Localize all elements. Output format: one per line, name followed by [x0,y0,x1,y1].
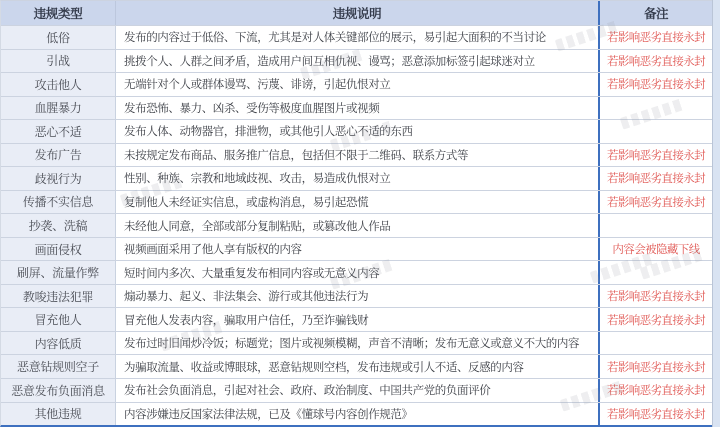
header-violation-type[interactable]: 违规类型 [1,1,116,25]
table-row: 歧视行为 性别、种族、宗教和地域歧视、攻击，易造成仇恨对立 若影响恶劣直接永封 [1,167,712,191]
violation-note-cell[interactable]: 若影响恶劣直接永封 [598,50,712,73]
violation-type-cell[interactable]: 恶意钻规则空子 [1,355,116,378]
violation-type-cell[interactable]: 传播不实信息 [1,191,116,214]
table-header-row: 违规类型 违规说明 备注 [1,1,712,26]
table-row: 冒充他人 冒充他人发表内容，骗取用户信任，乃至诈骗钱财 若影响恶劣直接永封 [1,308,712,332]
violation-desc-cell[interactable]: 发布社会负面消息，引起对社会、政府、政治制度、中国共产党的负面评价 [116,379,598,402]
violation-type-cell[interactable]: 刷屏、流量作弊 [1,261,116,284]
violation-type-cell[interactable]: 内容低质 [1,332,116,355]
violation-type-cell[interactable]: 抄袭、洗稿 [1,214,116,237]
table-row: 攻击他人 无端针对个人或群体谩骂、污蔑、诽谤，引起仇恨对立 若影响恶劣直接永封 [1,73,712,97]
adjacent-column-edge [712,0,720,427]
table-row: 低俗 发布的内容过于低俗、下流，尤其是对人体关键部位的展示，易引起大面积的不当讨… [1,26,712,50]
violation-type-cell[interactable]: 血腥暴力 [1,97,116,120]
violation-type-cell[interactable]: 低俗 [1,26,116,49]
violation-desc-cell[interactable]: 发布的内容过于低俗、下流，尤其是对人体关键部位的展示，易引起大面积的不当讨论 [116,26,598,49]
violation-note-cell[interactable]: 若影响恶劣直接永封 [598,26,712,49]
violation-desc-cell[interactable]: 无端针对个人或群体谩骂、污蔑、诽谤，引起仇恨对立 [116,73,598,96]
violation-type-cell[interactable]: 画面侵权 [1,238,116,261]
violation-note-cell[interactable]: 若影响恶劣直接永封 [598,285,712,308]
table-row: 引战 挑拨个人、人群之间矛盾，造成用户间互相仇视、谩骂；恶意添加标签引起球迷对立… [1,50,712,74]
violation-note-cell[interactable]: 若影响恶劣直接永封 [598,144,712,167]
violation-note-cell[interactable] [598,97,712,120]
violation-note-cell[interactable] [598,332,712,355]
table-row: 血腥暴力 发布恐怖、暴力、凶杀、受伤等极度血腥图片或视频 [1,97,712,121]
violation-desc-cell[interactable]: 煽动暴力、起义、非法集会、游行或其他违法行为 [116,285,598,308]
violation-desc-cell[interactable]: 性别、种族、宗教和地域歧视、攻击，易造成仇恨对立 [116,167,598,190]
table-row: 教唆违法犯罪 煽动暴力、起义、非法集会、游行或其他违法行为 若影响恶劣直接永封 [1,285,712,309]
violation-note-cell[interactable]: 若影响恶劣直接永封 [598,167,712,190]
violation-desc-cell[interactable]: 视频画面采用了他人享有版权的内容 [116,238,598,261]
violation-type-cell[interactable]: 歧视行为 [1,167,116,190]
violation-note-cell[interactable]: 若影响恶劣直接永封 [598,73,712,96]
violation-type-cell[interactable]: 其他违规 [1,403,116,426]
violation-type-cell[interactable]: 恶心不适 [1,120,116,143]
violation-note-cell[interactable]: 内容会被隐藏下线 [598,238,712,261]
violation-rules-table: 违规类型 违规说明 备注 低俗 发布的内容过于低俗、下流，尤其是对人体关键部位的… [0,0,712,427]
violation-note-cell[interactable]: 若影响恶劣直接永封 [598,308,712,331]
table-row: 抄袭、洗稿 未经他人同意，全部或部分复制粘贴，或篡改他人作品 [1,214,712,238]
table-row: 其他违规 内容涉嫌违反国家法律法规，已及《懂球号内容创作规范》 若影响恶劣直接永… [1,403,712,426]
table-row: 恶心不适 发布人体、动物器官，排泄物，或其他引人恶心不适的东西 [1,120,712,144]
violation-desc-cell[interactable]: 挑拨个人、人群之间矛盾，造成用户间互相仇视、谩骂；恶意添加标签引起球迷对立 [116,50,598,73]
table-row: 刷屏、流量作弊 短时间内多次、大量重复发布相同内容或无意义内容 [1,261,712,285]
table-row: 传播不实信息 复制他人未经证实信息，或虚构消息，易引起恐慌 若影响恶劣直接永封 [1,191,712,215]
violation-desc-cell[interactable]: 未经他人同意，全部或部分复制粘贴，或篡改他人作品 [116,214,598,237]
table-row: 发布广告 未按规定发布商品、服务推广信息，包括但不限于二维码、联系方式等 若影响… [1,144,712,168]
violation-note-cell[interactable] [598,120,712,143]
table-row: 恶意发布负面消息 发布社会负面消息，引起对社会、政府、政治制度、中国共产党的负面… [1,379,712,403]
violation-type-cell[interactable]: 攻击他人 [1,73,116,96]
violation-type-cell[interactable]: 发布广告 [1,144,116,167]
violation-desc-cell[interactable]: 发布过时旧闻炒冷饭；标题党；图片或视频模糊，声音不清晰；发布无意义或意义不大的内… [116,332,598,355]
violation-note-cell[interactable]: 若影响恶劣直接永封 [598,379,712,402]
violation-type-cell[interactable]: 教唆违法犯罪 [1,285,116,308]
violation-type-cell[interactable]: 冒充他人 [1,308,116,331]
violation-desc-cell[interactable]: 未按规定发布商品、服务推广信息，包括但不限于二维码、联系方式等 [116,144,598,167]
violation-note-cell[interactable] [598,261,712,284]
violation-rules-table-page: 违规类型 违规说明 备注 低俗 发布的内容过于低俗、下流，尤其是对人体关键部位的… [0,0,720,427]
table-row: 内容低质 发布过时旧闻炒冷饭；标题党；图片或视频模糊，声音不清晰；发布无意义或意… [1,332,712,356]
header-violation-desc[interactable]: 违规说明 [116,1,598,25]
violation-desc-cell[interactable]: 短时间内多次、大量重复发布相同内容或无意义内容 [116,261,598,284]
violation-desc-cell[interactable]: 内容涉嫌违反国家法律法规，已及《懂球号内容创作规范》 [116,403,598,426]
violation-note-cell[interactable]: 若影响恶劣直接永封 [598,191,712,214]
violation-desc-cell[interactable]: 复制他人未经证实信息，或虚构消息，易引起恐慌 [116,191,598,214]
violation-desc-cell[interactable]: 发布恐怖、暴力、凶杀、受伤等极度血腥图片或视频 [116,97,598,120]
header-note[interactable]: 备注 [598,1,712,25]
violation-desc-cell[interactable]: 冒充他人发表内容，骗取用户信任，乃至诈骗钱财 [116,308,598,331]
table-row: 画面侵权 视频画面采用了他人享有版权的内容 内容会被隐藏下线 [1,238,712,262]
violation-desc-cell[interactable]: 发布人体、动物器官，排泄物，或其他引人恶心不适的东西 [116,120,598,143]
violation-note-cell[interactable]: 若影响恶劣直接永封 [598,403,712,426]
violation-note-cell[interactable]: 若影响恶劣直接永封 [598,355,712,378]
table-row: 恶意钻规则空子 为骗取流量、收益或博眼球，恶意钻规则空档，发布违规或引人不适、反… [1,355,712,379]
violation-desc-cell[interactable]: 为骗取流量、收益或博眼球，恶意钻规则空档，发布违规或引人不适、反感的内容 [116,355,598,378]
violation-note-cell[interactable] [598,214,712,237]
violation-type-cell[interactable]: 引战 [1,50,116,73]
violation-type-cell[interactable]: 恶意发布负面消息 [1,379,116,402]
